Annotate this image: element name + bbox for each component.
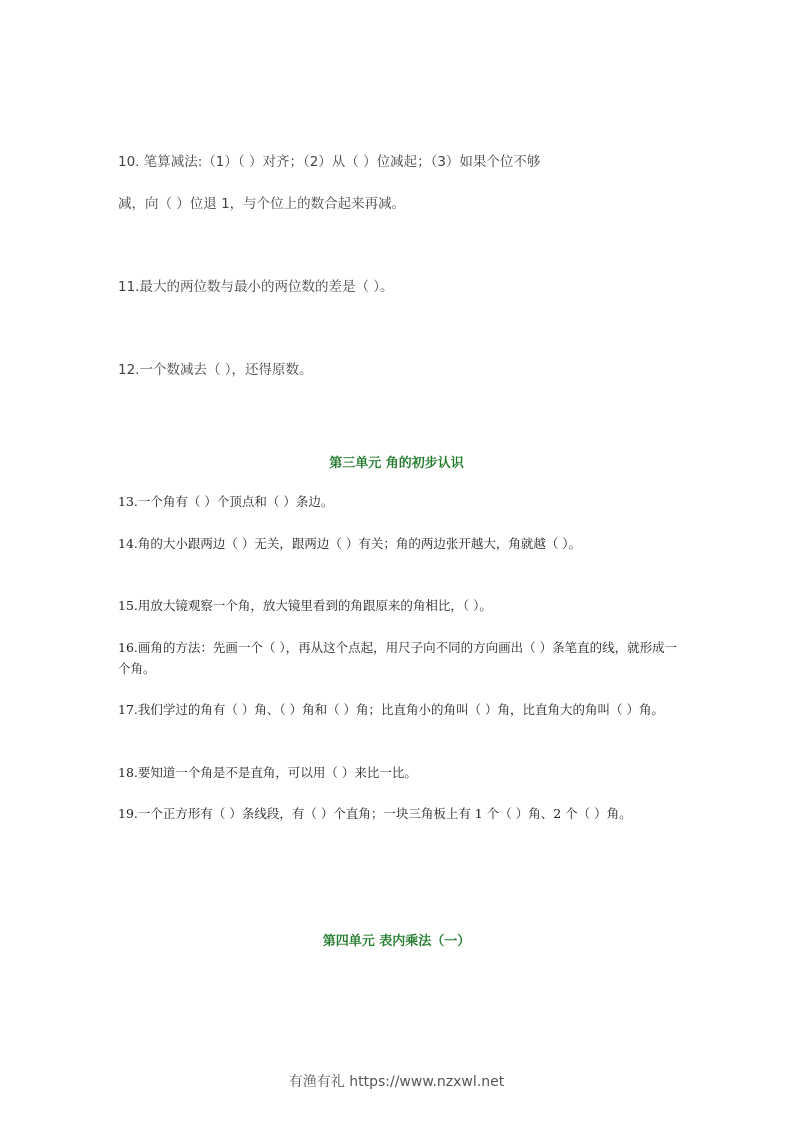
question-17: 17.我们学过的角有（ ）角、（ ）角和（ ）角；比直角小的角叫（ ）角，比直角…	[118, 699, 678, 720]
question-10-line-1: 10. 笔算减法:（1）（ ）对齐；（2）从（ ）位减起；（3）如果个位不够	[118, 150, 678, 170]
unit-3-heading: 第三单元 角的初步认识	[0, 452, 793, 471]
question-18: 18.要知道一个角是不是直角，可以用（ ）来比一比。	[118, 762, 678, 783]
question-14: 14.角的大小跟两边（ ）无关，跟两边（ ）有关；角的两边张开越大，角就越（ ）…	[118, 533, 678, 554]
question-12: 12.一个数减去（ ），还得原数。	[118, 358, 678, 378]
question-16: 16.画角的方法：先画一个（ ），再从这个点起，用尺子向不同的方向画出（ ）条笔…	[118, 637, 678, 679]
question-10-line-2: 减，向（ ）位退 1，与个位上的数合起来再减。	[118, 192, 678, 212]
footer-watermark: 有渔有礼 https://www.nzxwl.net	[0, 1071, 793, 1091]
question-11: 11.最大的两位数与最小的两位数的差是（ ）。	[118, 275, 678, 295]
question-15: 15.用放大镜观察一个角，放大镜里看到的角跟原来的角相比，（ ）。	[118, 595, 678, 616]
question-13: 13.一个角有（ ）个顶点和（ ）条边。	[118, 491, 678, 512]
question-19: 19.一个正方形有（ ）条线段，有（ ）个直角；一块三角板上有 1 个（ ）角、…	[118, 803, 678, 824]
unit-4-heading: 第四单元 表内乘法（一）	[0, 930, 793, 949]
